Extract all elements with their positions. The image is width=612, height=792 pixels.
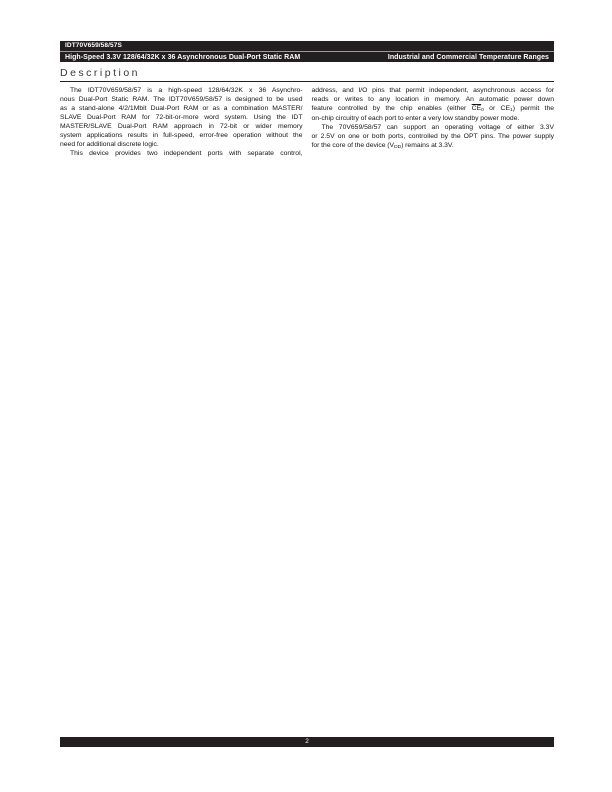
text-line: reads or writes to any location in memor… <box>312 95 555 104</box>
body-columns: The IDT70V659/58/57 is a high-speed 128/… <box>60 86 554 158</box>
body-column-right: address, and I/O pins that permit indepe… <box>312 86 555 158</box>
section-title: Description <box>60 67 554 79</box>
text-line: MASTER/SLAVE Dual-Port RAM approach in 7… <box>60 122 303 131</box>
header-subtitle-left: High-Speed 3.3V 128/64/32K x 36 Asynchro… <box>65 54 300 61</box>
text-line: The IDT70V659/58/57 is a high-speed 128/… <box>60 86 303 95</box>
text-line: for the core of the device (VDD) remains… <box>312 141 555 151</box>
text-line: or 2.5V on one or both ports, controlled… <box>312 132 555 141</box>
footer-bar: 2 <box>60 737 554 747</box>
page-content: IDT70V659/58/57S High-Speed 3.3V 128/64/… <box>60 41 554 158</box>
header-title-bar: High-Speed 3.3V 128/64/32K x 36 Asynchro… <box>60 52 554 62</box>
text-line: as a stand-alone 4/2/1Mbit Dual-Port RAM… <box>60 104 303 113</box>
text-line: system applications results in full-spee… <box>60 131 303 140</box>
header-part-number-bar: IDT70V659/58/57S <box>60 41 554 51</box>
text-line: The 70V659/58/57 can support an operatin… <box>312 123 555 132</box>
section-rule <box>60 81 554 82</box>
text-line: on-chip circuitry of each port to enter … <box>312 114 555 123</box>
body-column-left: The IDT70V659/58/57 is a high-speed 128/… <box>60 86 303 158</box>
text-line: feature controlled by the chip enables (… <box>312 104 555 114</box>
part-number: IDT70V659/58/57S <box>65 42 122 49</box>
page-number: 2 <box>305 738 309 745</box>
text-line: This device provides two independent por… <box>60 149 303 158</box>
text-line: need for additional discrete logic. <box>60 140 303 149</box>
datasheet-page: IDT70V659/58/57S High-Speed 3.3V 128/64/… <box>0 0 612 792</box>
text-line: address, and I/O pins that permit indepe… <box>312 86 555 95</box>
text-line: nous Dual-Port Static RAM. The IDT70V659… <box>60 95 303 104</box>
text-line: SLAVE Dual-Port RAM for 72-bit-or-more w… <box>60 113 303 122</box>
header-subtitle-right: Industrial and Commercial Temperature Ra… <box>388 54 549 61</box>
